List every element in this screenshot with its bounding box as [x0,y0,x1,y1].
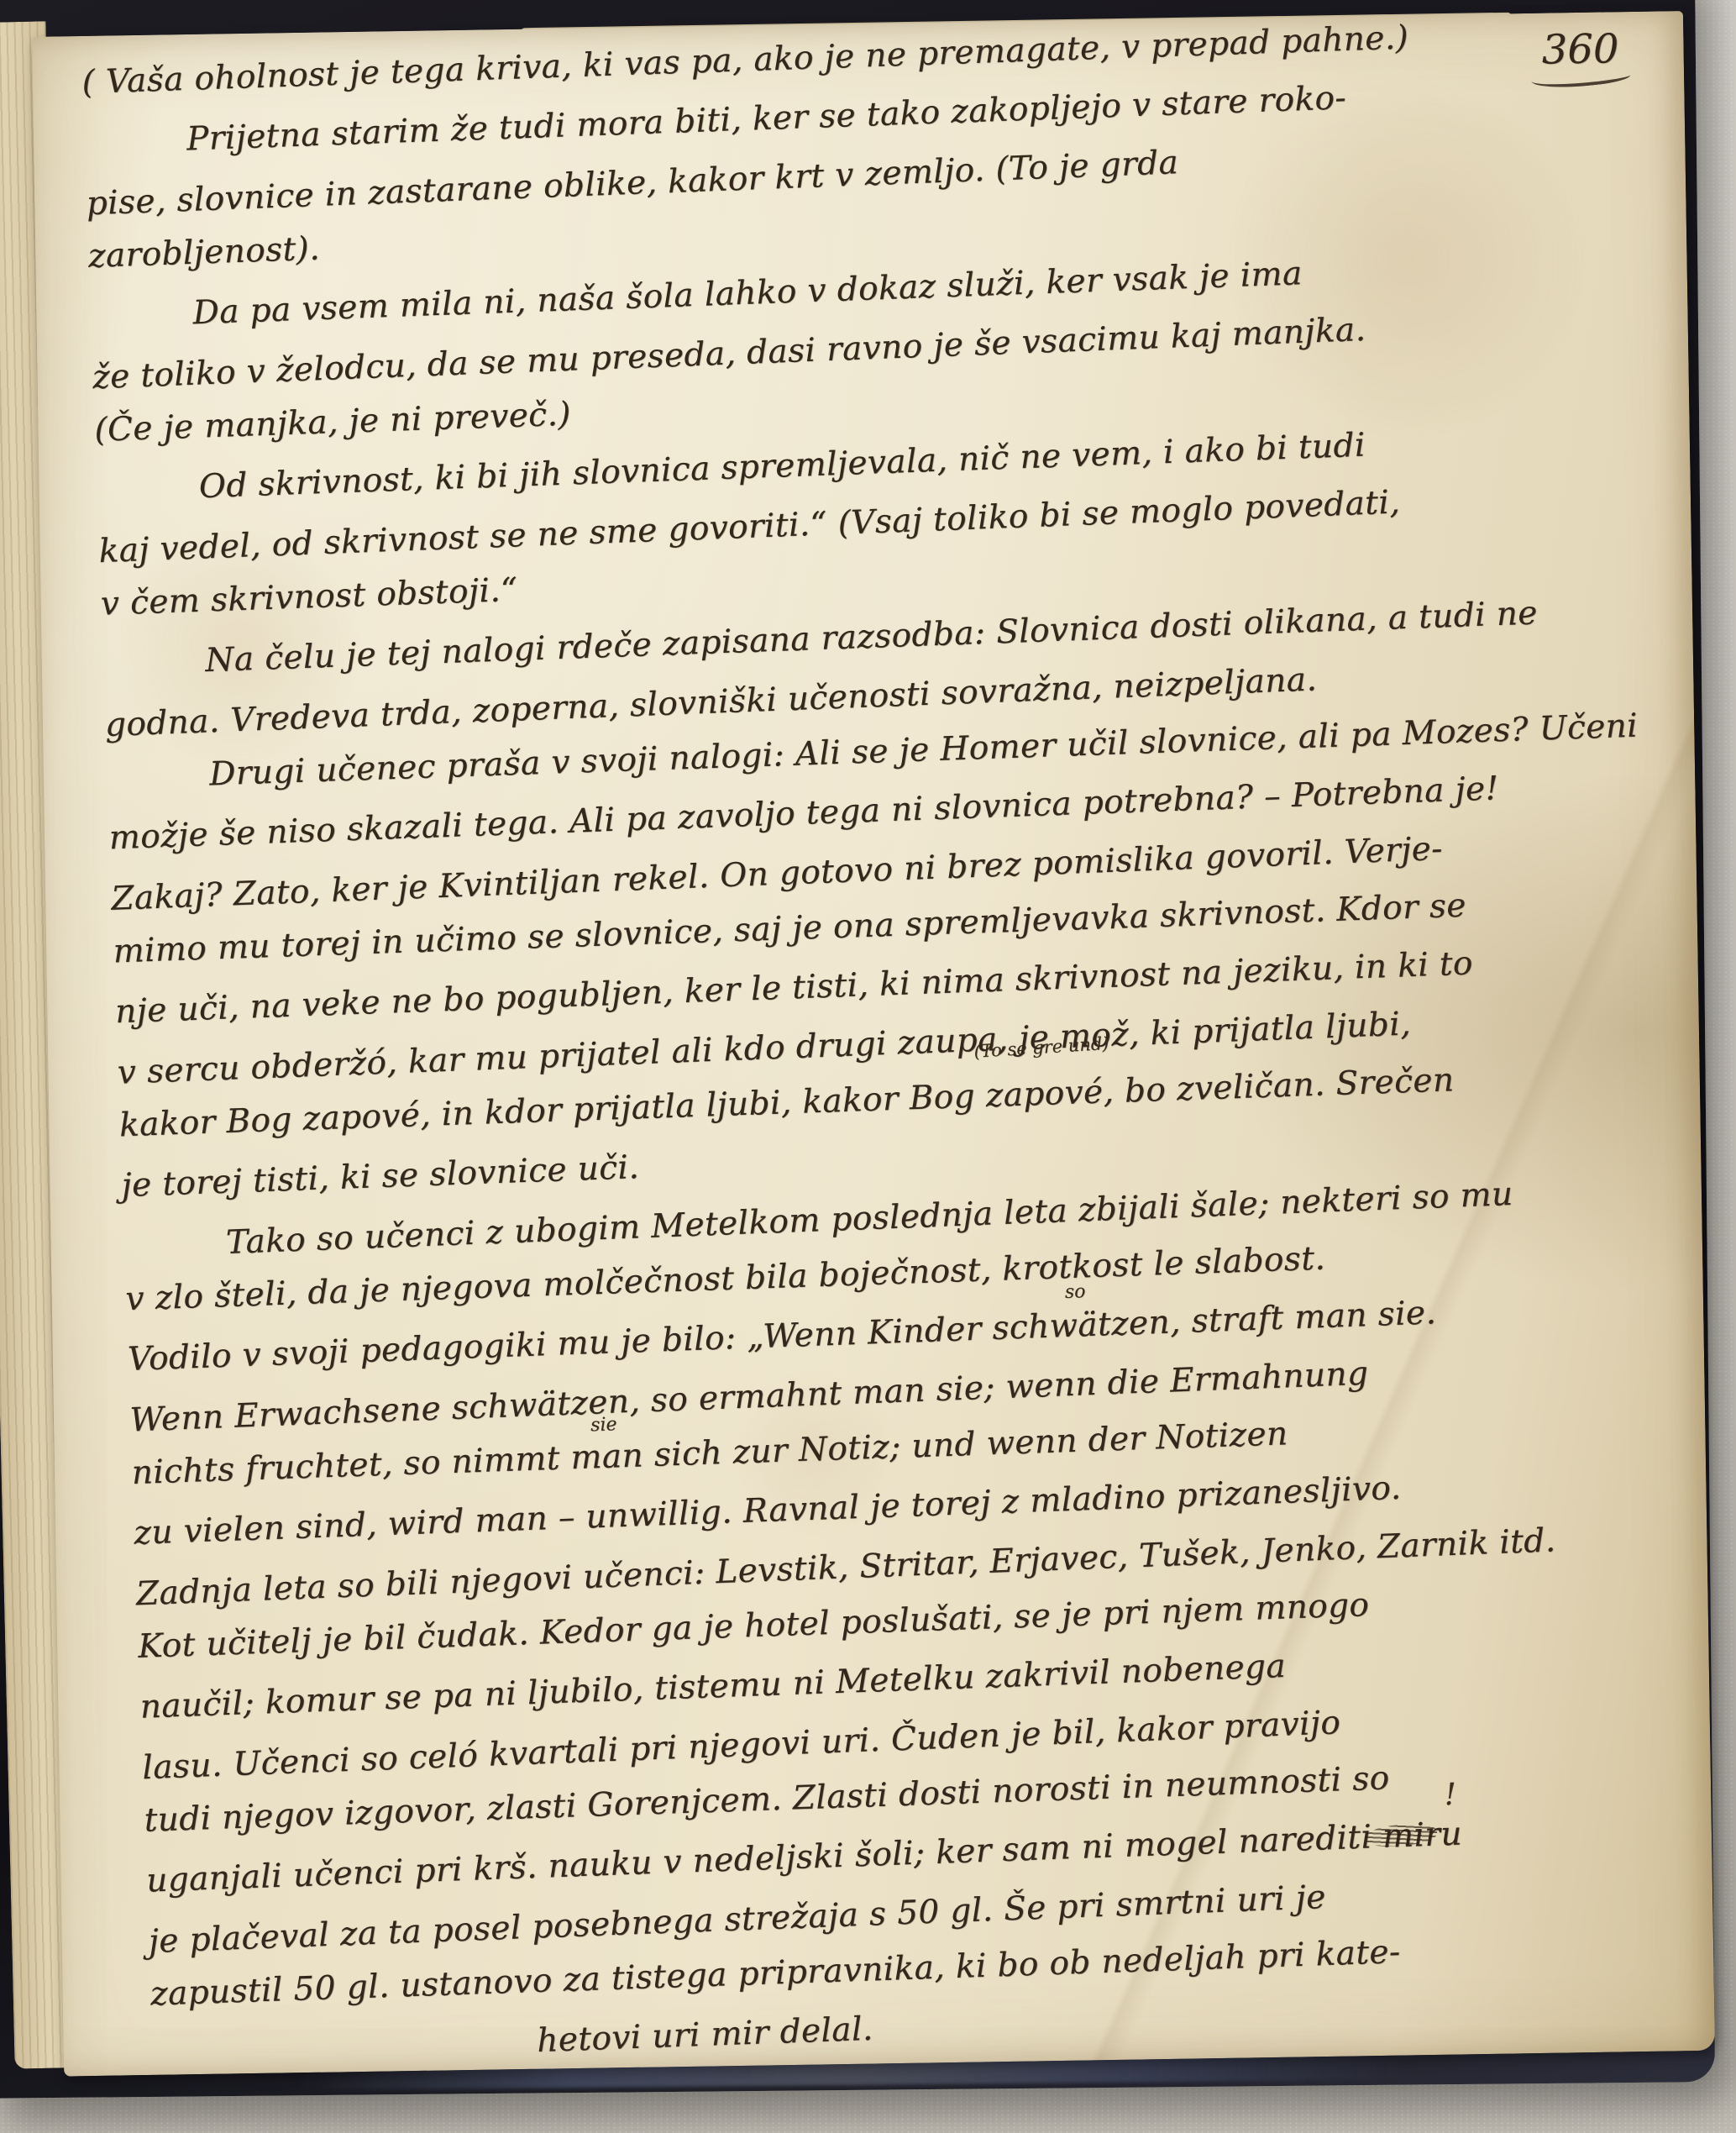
superscript-insertion: sie [590,1414,617,1436]
superscript-insertion: so [1064,1281,1085,1303]
margin-exclamation: ! [1444,1778,1457,1812]
manuscript-page: 360 ( Vaša oholnost je tega kriva, ki va… [32,11,1715,2077]
manuscript-text: ( Vaša oholnost je tega kriva, ki vas pa… [81,0,1724,2083]
